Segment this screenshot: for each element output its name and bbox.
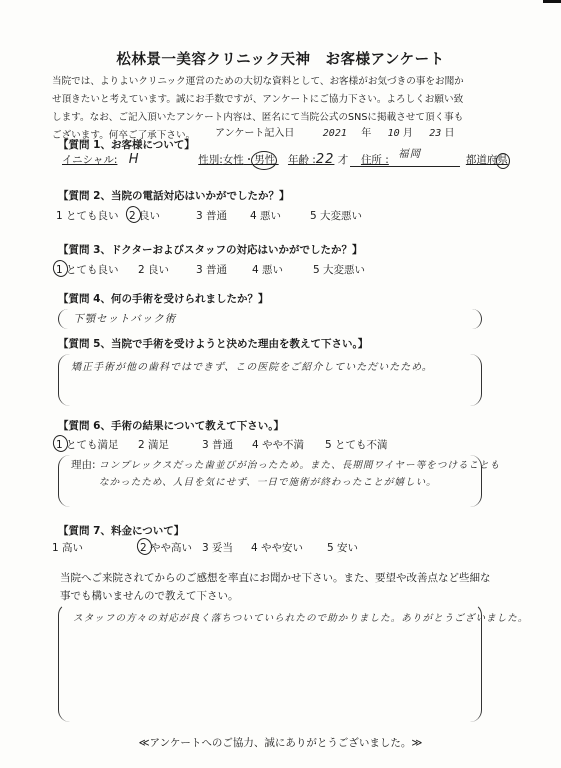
closing-message: ≪アンケートへのご協力、誠にありがとうございました。≫ xyxy=(0,735,561,750)
address-field[interactable]: 福岡 xyxy=(398,148,421,160)
selected-circle xyxy=(496,153,510,169)
q7-option-5[interactable]: 5 安い xyxy=(327,540,358,555)
age-label: 年齢 : xyxy=(288,154,316,166)
q1-title: 【質問 1、お客様について】 xyxy=(58,137,195,152)
q2-option-5[interactable]: 5 大変悪い xyxy=(310,208,362,223)
gender-field[interactable]: 性別:女性・男性 xyxy=(198,154,278,166)
gender-option-male[interactable]: 男性 xyxy=(254,154,275,166)
free-comment-prompt: 当院へご来院されてからのご感想を率直にお聞かせ下さい。また、要望や改善点など些細… xyxy=(60,569,500,605)
q2-option-1[interactable]: 1 とても良い xyxy=(56,208,119,223)
free-comment-answer: スタッフの方々の対応が良く落ちついていられたので助かりました。ありがとうございま… xyxy=(73,610,528,624)
prefecture-suffix: 都道府県 xyxy=(466,154,508,166)
q3-option-1[interactable]: 1 とても良い xyxy=(56,262,119,277)
initial-label: イニシャル: xyxy=(62,154,117,166)
day-unit: 日 xyxy=(444,128,454,139)
q4-answer-box[interactable]: 下顎セットバック術 xyxy=(58,309,482,329)
q6-reason-line-1: コンプレックスだった歯並びが治ったため。また、長期間ワイヤー等をつけることも xyxy=(99,457,500,471)
q7-option-1[interactable]: 1 高い xyxy=(52,540,83,555)
q4-answer: 下顎セットバック術 xyxy=(73,311,176,326)
date-year[interactable]: 2021 xyxy=(323,128,347,139)
date-label: アンケート記入日 xyxy=(215,128,294,139)
q6-option-5[interactable]: 5 とても不満 xyxy=(325,437,388,452)
address-label: 住所 : xyxy=(361,154,389,166)
free-comment-box[interactable]: スタッフの方々の対応が良く落ちついていられたので助かりました。ありがとうございま… xyxy=(58,603,482,722)
year-unit: 年 xyxy=(361,128,371,139)
q6-option-3[interactable]: 3 普通 xyxy=(202,437,233,452)
q3-title: 【質問 3、ドクターおよびスタッフの対応はいかがでしたか？】 xyxy=(58,242,363,257)
date-day[interactable]: 23 xyxy=(429,128,441,139)
q7-option-2[interactable]: 2 やや高い xyxy=(140,540,192,555)
page-title: 松林景一美容クリニック天神 お客様アンケート xyxy=(0,48,561,69)
q7-option-3[interactable]: 3 妥当 xyxy=(202,540,233,555)
q3-option-4[interactable]: 4 悪い xyxy=(252,262,283,277)
age-unit: 才 xyxy=(338,154,349,166)
q3-option-5[interactable]: 5 大変悪い xyxy=(313,262,365,277)
selected-circle xyxy=(251,151,277,170)
age-field[interactable]: 22 xyxy=(316,152,335,167)
q3-option-3[interactable]: 3 普通 xyxy=(196,262,227,277)
scan-edge-mark xyxy=(543,0,561,3)
q6-title: 【質問 6、手術の結果について教えて下さい。】 xyxy=(58,418,284,433)
q2-title: 【質問 2、当院の電話対応はいかがでしたか？】 xyxy=(58,188,289,203)
address-underline xyxy=(350,166,460,167)
q3-option-2[interactable]: 2 良い xyxy=(138,262,169,277)
q4-title: 【質問 4、何の手術を受けられましたか？】 xyxy=(58,291,268,306)
q6-option-1[interactable]: 1 とても満足 xyxy=(56,437,119,452)
q6-option-4[interactable]: 4 やや不満 xyxy=(252,437,304,452)
q6-reason-box[interactable]: 理由: コンプレックスだった歯並びが治ったため。また、長期間ワイヤー等をつけるこ… xyxy=(58,455,482,507)
q5-answer-box[interactable]: 矯正手術が他の歯科ではできず、この医院をご紹介していただいたため。 xyxy=(58,354,482,406)
q6-reason-line-2: なかったため、人目を気にせず、一日で施術が終わったことが嬉しい。 xyxy=(99,474,437,488)
q5-answer: 矯正手術が他の歯科ではできず、この医院をご紹介していただいたため。 xyxy=(71,358,433,373)
q6-reason-label: 理由: xyxy=(71,457,96,472)
q6-option-2[interactable]: 2 満足 xyxy=(138,437,169,452)
gender-option-female[interactable]: 女性 xyxy=(223,154,244,166)
q7-option-4[interactable]: 4 やや安い xyxy=(251,540,303,555)
initial-field[interactable]: H xyxy=(129,152,140,167)
q1-fields: イニシャル: H 性別:女性・男性 年齢 :22 才 住所 : 福岡 都道府県 xyxy=(62,152,508,167)
q7-title: 【質問 7、料金について】 xyxy=(58,523,184,538)
q2-option-4[interactable]: 4 悪い xyxy=(250,208,281,223)
q5-title: 【質問 5、当院で手術を受けようと決めた理由を教えて下さい。】 xyxy=(58,336,368,351)
survey-date: アンケート記入日 2021 年 10 月 23 日 xyxy=(215,124,454,139)
date-month[interactable]: 10 xyxy=(388,128,400,139)
month-unit: 月 xyxy=(403,128,413,139)
q2-option-3[interactable]: 3 普通 xyxy=(196,208,227,223)
q2-option-2[interactable]: 2 良い xyxy=(129,208,160,223)
